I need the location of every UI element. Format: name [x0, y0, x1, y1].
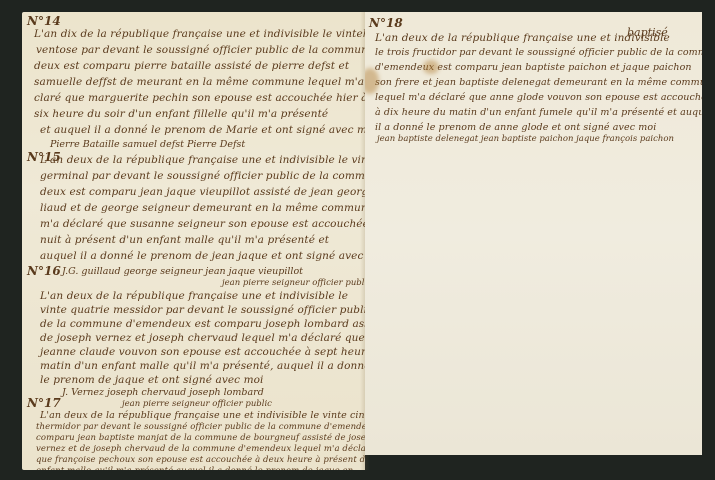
entry-line: le prenom de jaque et ont signé avec moi	[40, 374, 264, 386]
entry-line: le trois fructidor par devant le soussig…	[375, 47, 702, 58]
entry-line: germinal par devant le soussigné officie…	[40, 170, 365, 182]
entry-line: nuit à présent d'un enfant malle qu'il m…	[40, 234, 329, 246]
entry-line: matin d'un enfant malle qu'il m'a présen…	[40, 360, 365, 372]
entry-number: N°17	[27, 396, 61, 410]
signatures: jean baptiste delenegat jean baptiste pa…	[377, 134, 674, 144]
ink-stain	[365, 68, 379, 94]
officer-signature: jean pierre seigneur officier public	[222, 278, 365, 288]
entry-line: ventose par devant le soussigné officier…	[36, 44, 365, 56]
entry-line: de joseph vernez et joseph chervaud lequ…	[40, 332, 365, 344]
entry-line: thermidor par devant le soussigné offici…	[36, 422, 365, 432]
entry-line: claré que marguerite pechin son epouse e…	[34, 92, 365, 104]
entry-line: jeanne claude vouvon son epouse est acco…	[40, 346, 365, 358]
entry-line: il a donné le prenom de anne glode et on…	[375, 122, 656, 133]
entry-number: N°14	[27, 14, 61, 28]
officer-signature: jean pierre seigneur officier public	[122, 399, 272, 409]
entry-line: deux est comparu jean jaque vieupillot a…	[40, 186, 365, 198]
signatures: J. Vernez joseph chervaud joseph lombard	[62, 387, 264, 398]
entry-line: auquel il a donné le prenom de jean jaqu…	[40, 250, 365, 262]
entry-line: samuelle deffst de meurant en la même co…	[34, 76, 365, 88]
entry-line: enfant malle qu'il m'a présenté auquel i…	[36, 466, 353, 470]
entry-line: L'an deux de la république française une…	[40, 154, 365, 166]
ink-stain	[423, 60, 439, 74]
entry-number: N°16	[27, 264, 61, 278]
entry-line: et auquel il a donné le prenom de Marie …	[40, 124, 365, 136]
entry-line: comparu jean baptiste manjat de la commu…	[36, 433, 365, 443]
entry-line: liaud et de george seigneur demeurant en…	[40, 202, 365, 214]
entry-line: que françoise pechoux son epouse est acc…	[36, 455, 365, 465]
entry-number: N°18	[369, 16, 403, 30]
entry-line: L'an dix de la république française une …	[34, 28, 365, 40]
entry-line: L'an deux de la république française une…	[40, 290, 348, 302]
entry-line: à dix heure du matin d'un enfant fumele …	[375, 107, 702, 118]
entry-line: m'a déclaré que susanne seigneur son epo…	[40, 218, 365, 230]
entry-line: L'an deux de la république française une…	[375, 32, 670, 44]
left-page: N°14 L'an dix de la république française…	[22, 12, 365, 470]
entry-line: L'an deux de la république française une…	[40, 410, 365, 421]
entry-line: vinte quatrie messidor par devant le sou…	[40, 304, 365, 316]
entry-line: son frere et jean baptiste delenegat dem…	[375, 77, 702, 88]
entry-line: lequel m'a déclaré que anne glode vouvon…	[375, 92, 702, 103]
signatures: J.G. guillaud george seigneur jean jaque…	[62, 266, 303, 277]
right-page: N°18 baptisé L'an deux de la république …	[365, 12, 702, 455]
entry-line: de la commune d'emendeux est comparu jos…	[40, 318, 365, 330]
entry-line: six heure du soir d'un enfant fillelle q…	[34, 108, 328, 120]
signatures: Pierre Bataille samuel defst Pierre Defs…	[50, 139, 245, 150]
entry-line: deux est comparu pierre bataille assisté…	[34, 60, 349, 72]
entry-line: vernez et de joseph chervaud de la commu…	[36, 444, 365, 454]
